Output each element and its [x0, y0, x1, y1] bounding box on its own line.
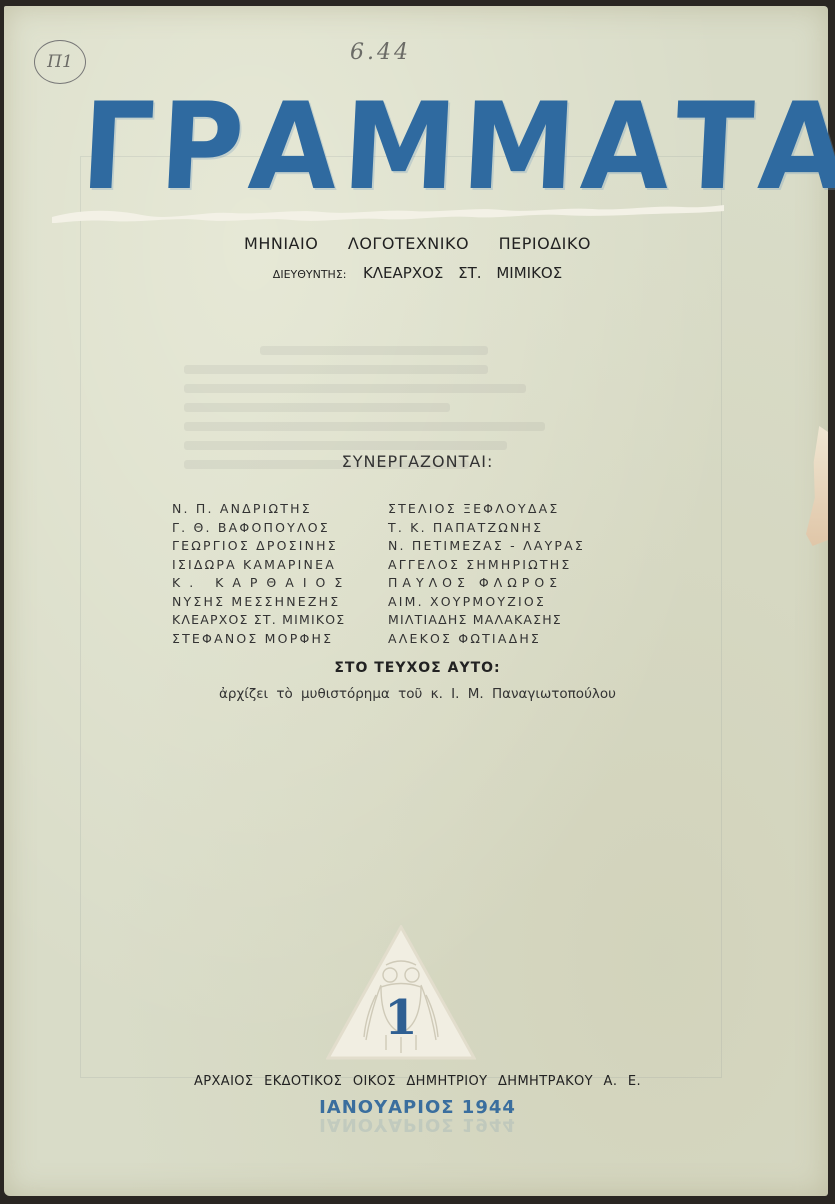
handwritten-circled-mark: Π1: [34, 40, 86, 84]
handwritten-number: 6.44: [350, 40, 411, 65]
collaborator-name: ΚΛΕΑΡΧΟΣ ΣΤ. ΜΙΜΙΚΟΣ: [172, 611, 376, 630]
issue-date-offset-print: ΙΑΝΟΥΑΡΙΟΣ 1944: [0, 1114, 835, 1135]
collaborator-name: ΙΣΙΔΩΡΑ ΚΑΜΑΡΙΝΕΑ: [172, 556, 376, 575]
collaborator-name: ΝΥΣΗΣ ΜΕΣΣΗΝΕΖΗΣ: [172, 593, 376, 612]
editor-name: ΚΛΕΑΡΧΟΣ ΣΤ. ΜΙΜΙΚΟΣ: [363, 264, 562, 282]
collaborator-name: ΓΕΩΡΓΙΟΣ ΔΡΟΣΙΝΗΣ: [172, 537, 376, 556]
in-this-issue-text: ἀρχίζει τὸ μυθιστόρημα τοῦ κ. Ι. Μ. Πανα…: [0, 686, 835, 702]
collaborator-name: Τ. Κ. ΠΑΠΑΤΖΩΝΗΣ: [388, 519, 592, 538]
collaborators-heading: ΣΥΝΕΡΓΑΖΟΝΤΑΙ:: [0, 452, 835, 471]
collaborator-name: Κ. ΚΑΡΘΑΙΟΣ: [172, 574, 376, 593]
collaborator-name: ΑΓΓΕΛΟΣ ΣΗΜΗΡΙΩΤΗΣ: [388, 556, 592, 575]
wave-divider-icon: [52, 203, 724, 223]
collaborator-name: ΑΙΜ. ΧΟΥΡΜΟΥΖΙΟΣ: [388, 593, 592, 612]
publisher-line: ΑΡΧΑΙΟΣ ΕΚΔΟΤΙΚΟΣ ΟΙΚΟΣ ΔΗΜΗΤΡΙΟΥ ΔΗΜΗΤΡ…: [0, 1074, 835, 1089]
circled-mark-text: Π1: [47, 52, 73, 72]
magazine-description: ΜΗΝΙΑΙΟ ΛΟΓΟΤΕΧΝΙΚΟ ΠΕΡΙΟΔΙΚΟ: [0, 234, 835, 253]
collaborator-name: ΣΤΕΛΙΟΣ ΞΕΦΛΟΥΔΑΣ: [388, 500, 592, 519]
editor-label: ΔΙΕΥΘΥΝΤΗΣ:: [273, 268, 347, 281]
collaborator-name: Ν. ΠΕΤΙΜΕΖΑΣ - ΛΑΥΡΑΣ: [388, 537, 592, 556]
collaborator-name: ΣΤΕΦΑΝΟΣ ΜΟΡΦΗΣ: [172, 630, 376, 649]
masthead-title: ΓΡΑΜΜΑΤΑ: [79, 88, 712, 208]
torn-edge: [806, 426, 828, 546]
collaborator-name: ΠΑΥΛΟΣ ΦΛΩΡΟΣ: [388, 574, 592, 593]
collaborator-name: Ν. Π. ΑΝΔΡΙΩΤΗΣ: [172, 500, 376, 519]
editor-line: ΔΙΕΥΘΥΝΤΗΣ: ΚΛΕΑΡΧΟΣ ΣΤ. ΜΙΜΙΚΟΣ: [0, 264, 835, 282]
collaborator-name: Γ. Θ. ΒΑΦΟΠΟΥΛΟΣ: [172, 519, 376, 538]
issue-number: 1: [326, 990, 476, 1046]
in-this-issue-heading: ΣΤΟ ΤΕΥΧΟΣ ΑΥΤΟ:: [0, 660, 835, 676]
collaborators-list: Ν. Π. ΑΝΔΡΙΩΤΗΣ ΣΤΕΛΙΟΣ ΞΕΦΛΟΥΔΑΣ Γ. Θ. …: [172, 500, 592, 648]
collaborator-name: ΜΙΛΤΙΑΔΗΣ ΜΑΛΑΚΑΣΗΣ: [388, 611, 592, 630]
collaborator-name: ΑΛΕΚΟΣ ΦΩΤΙΑΔΗΣ: [388, 630, 592, 649]
